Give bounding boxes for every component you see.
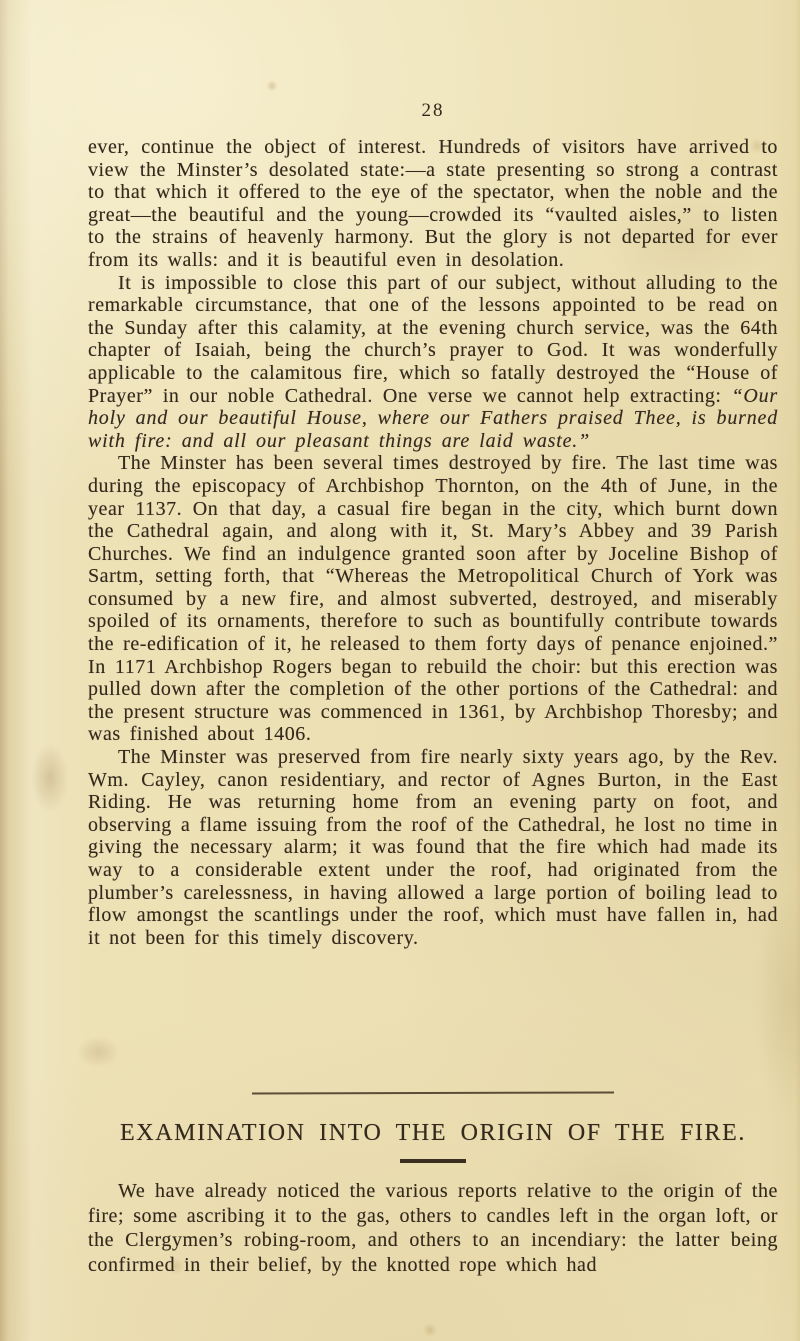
divider-rule-long — [252, 1092, 614, 1095]
section: EXAMINATION INTO THE ORIGIN OF THE FIRE.… — [88, 1092, 778, 1277]
paragraph: The Minster has been several times destr… — [88, 452, 778, 746]
paragraph-text: It is impossible to close this part of o… — [88, 272, 778, 407]
body-text: ever, continue the object of interest. H… — [88, 136, 778, 949]
paragraph-text: The Minster has been several times destr… — [88, 452, 778, 745]
paragraph: The Minster was preserved from fire near… — [88, 746, 778, 949]
divider-rule-short — [400, 1159, 466, 1163]
paragraph: We have already noticed the various repo… — [88, 1179, 778, 1277]
book-page: 28 ever, continue the object of interest… — [0, 0, 800, 1341]
section-heading: EXAMINATION INTO THE ORIGIN OF THE FIRE. — [88, 1120, 778, 1146]
paragraph: It is impossible to close this part of o… — [88, 272, 778, 453]
page-number: 28 — [88, 100, 778, 122]
paragraph: ever, continue the object of interest. H… — [88, 136, 778, 272]
paragraph-text: ever, continue the object of interest. H… — [88, 136, 778, 271]
paragraph-text: The Minster was preserved from fire near… — [88, 746, 778, 949]
paragraph-text: We have already noticed the various repo… — [88, 1180, 778, 1276]
